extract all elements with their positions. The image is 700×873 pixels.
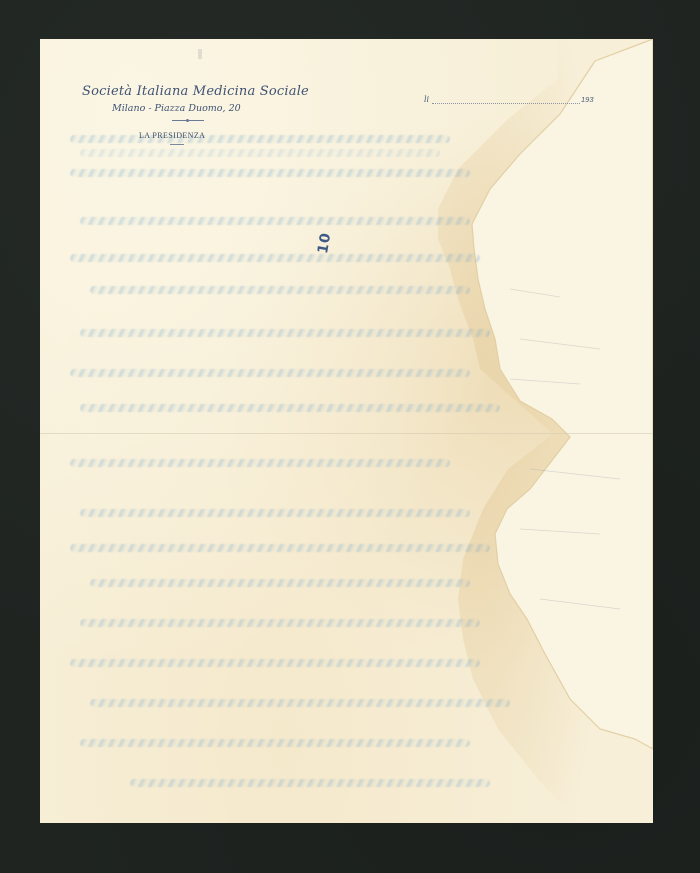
fold-crease: [40, 433, 653, 434]
department-underline: [170, 144, 184, 145]
date-dotted-line: [432, 103, 580, 104]
letter-sheet: Società Italiana Medicina Sociale Milano…: [40, 39, 653, 823]
department-label: LA PRESIDENZA: [139, 131, 402, 140]
letterhead: Società Italiana Medicina Sociale Milano…: [82, 84, 402, 145]
ornamental-divider: [172, 120, 204, 121]
date-field: li 193: [424, 95, 616, 107]
organization-name: Società Italiana Medicina Sociale: [82, 84, 402, 99]
date-prefix: li: [424, 95, 429, 104]
date-year-prefix: 193: [581, 95, 594, 104]
binding-mark: [198, 49, 202, 59]
organization-address: Milano - Piazza Duomo, 20: [112, 103, 402, 114]
